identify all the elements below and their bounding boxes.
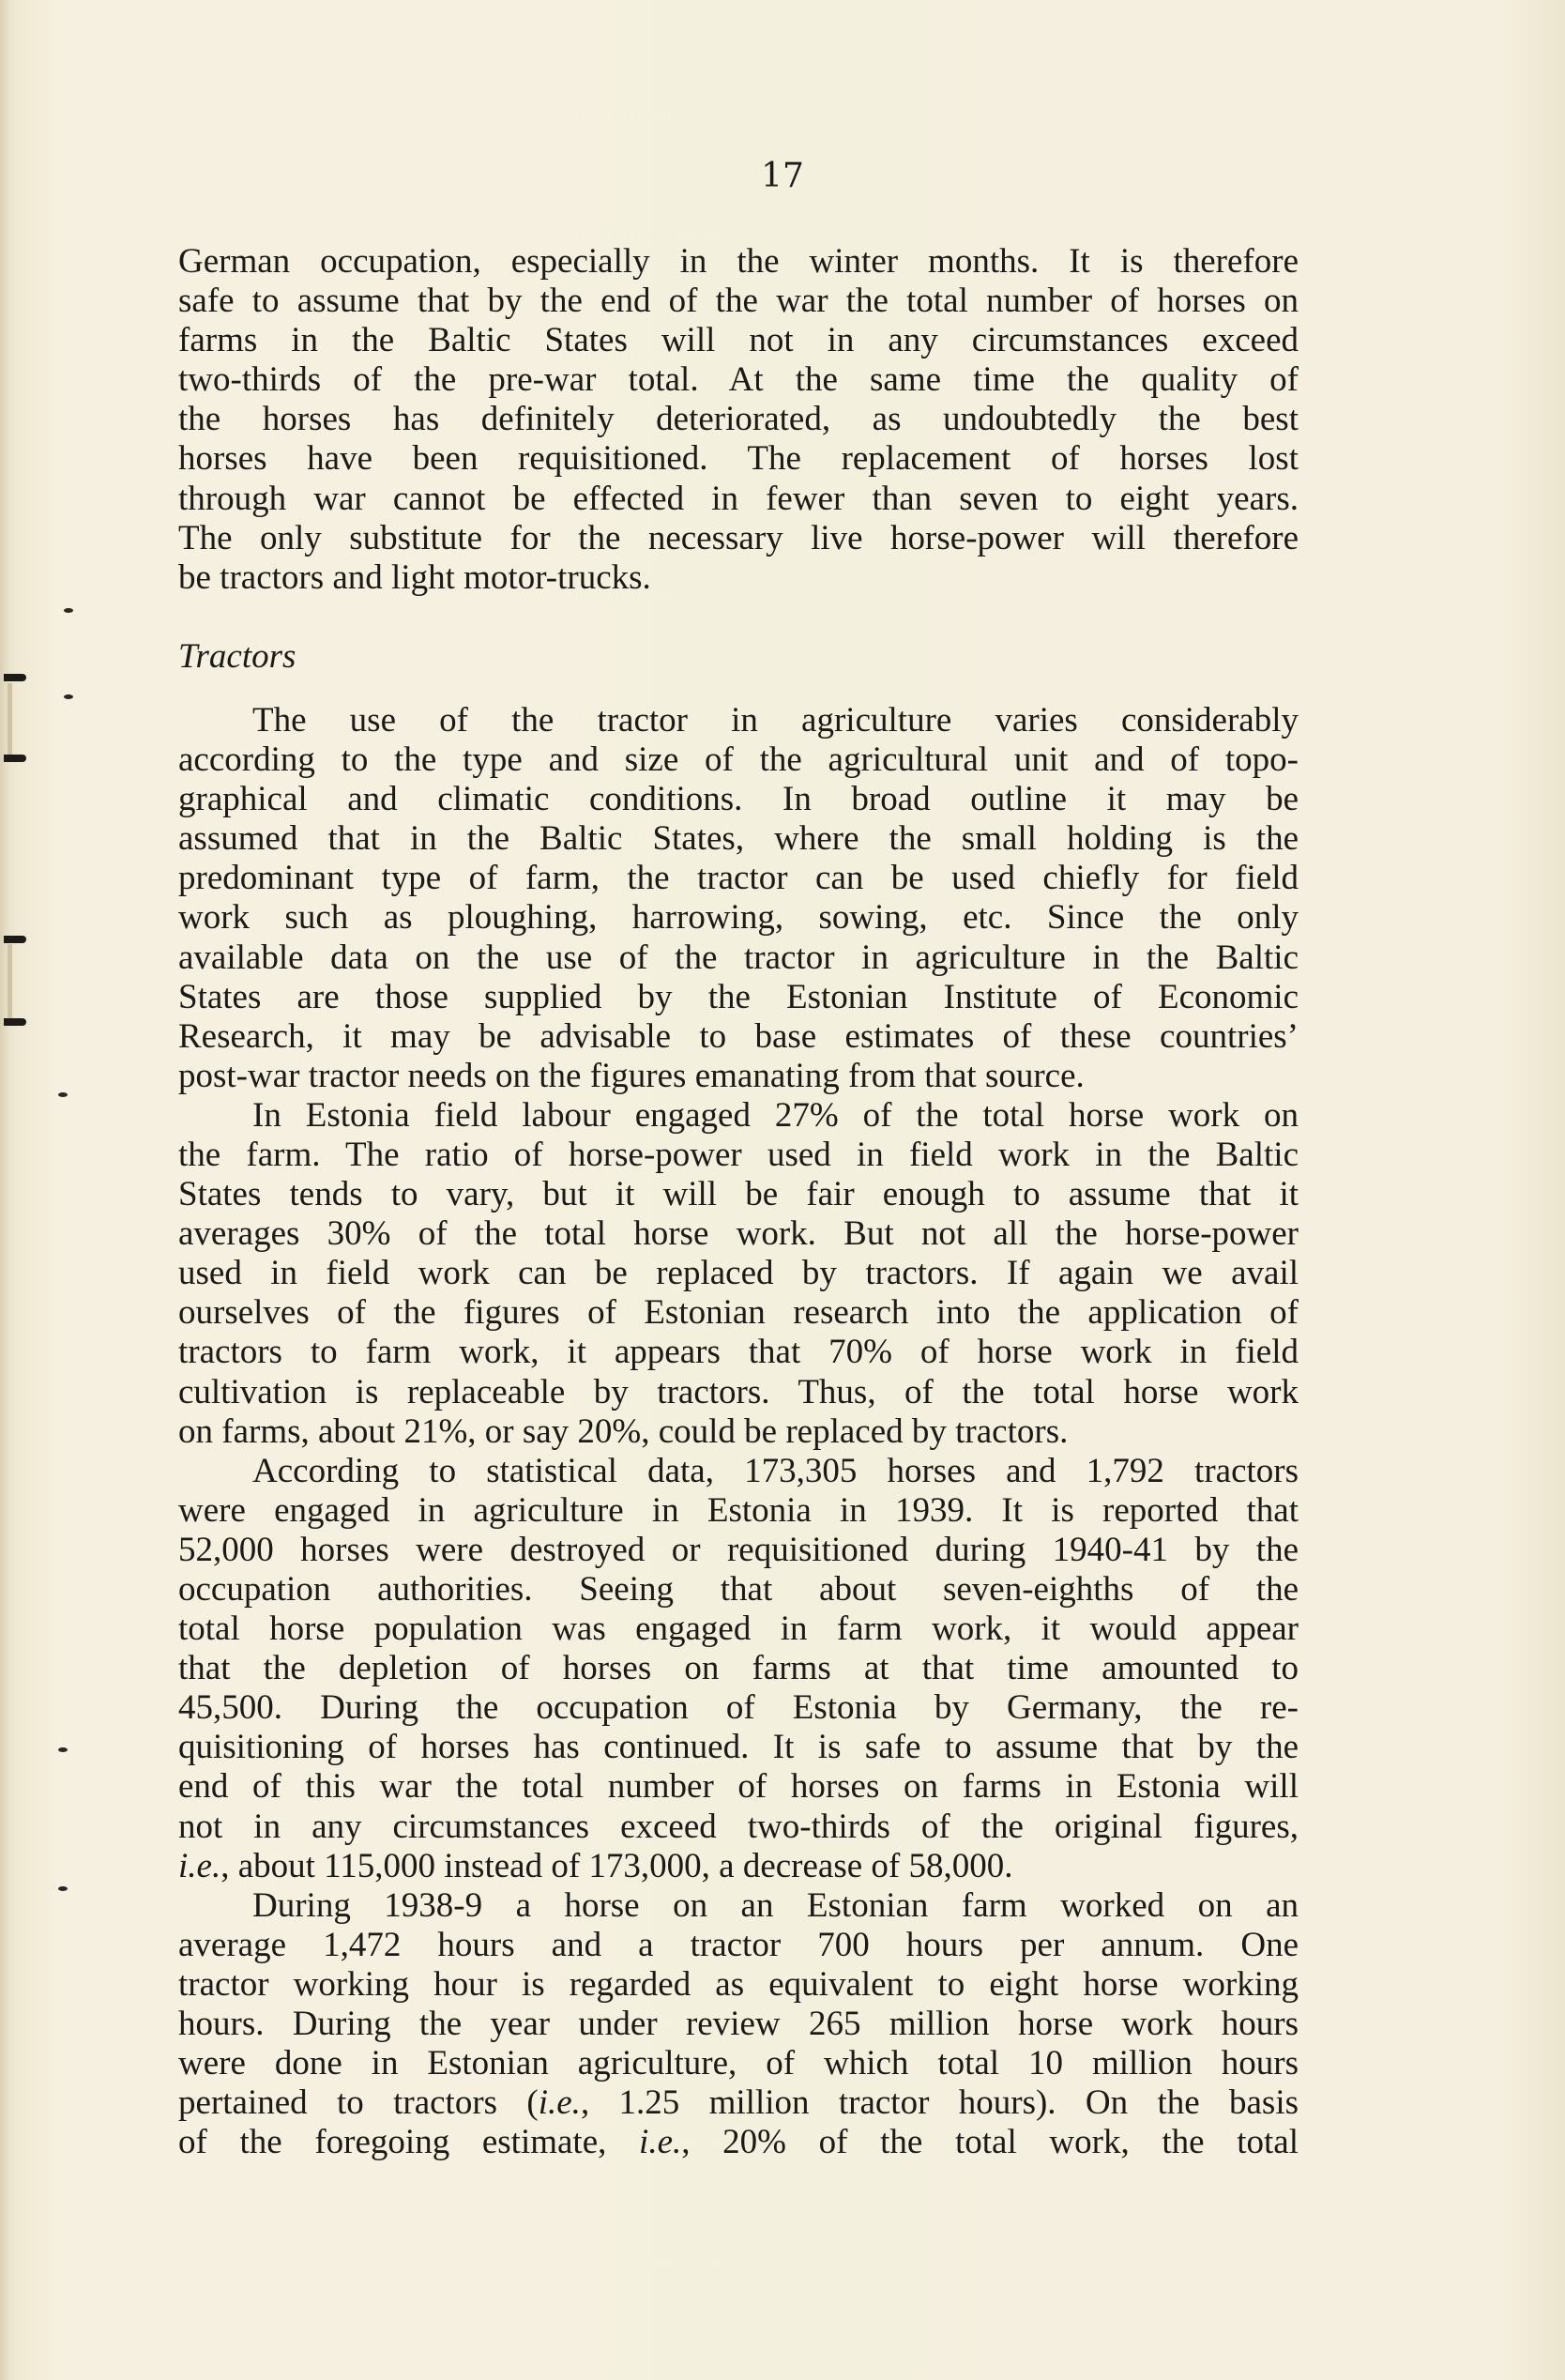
text-line: 52,000 horses were destroyed or requisit… [178, 1531, 1299, 1570]
margin-speck [64, 608, 73, 613]
spacer [178, 598, 1299, 637]
italic-ie: i.e. [539, 2083, 581, 2122]
text-line: not in any circumstances exceed two-thir… [178, 1808, 1299, 1847]
text-line: cultivation is replaceable by tractors. … [178, 1373, 1299, 1412]
text-line: according to the type and size of the ag… [178, 740, 1299, 780]
staple-mark [4, 674, 26, 681]
text-line: averages 30% of the total horse work. Bu… [178, 1214, 1299, 1254]
text-line: predominant type of farm, the tractor ca… [178, 859, 1299, 898]
paragraph-tractor-use: The use of the tractor in agriculture va… [178, 701, 1299, 1096]
margin-speck [64, 694, 73, 699]
text-line: graphical and climatic conditions. In br… [178, 780, 1299, 819]
text-line: safe to assume that by the end of the wa… [178, 282, 1299, 321]
binding-edge [0, 0, 9, 2380]
text-fragment: pertained to tractors ( [178, 2083, 539, 2122]
text-line: The only substitute for the necessary li… [178, 519, 1299, 558]
paragraph-statistics: According to statistical data, 173,305 h… [178, 1452, 1299, 1886]
text-line: the horses has definitely deteriorated, … [178, 400, 1299, 439]
section-heading: Tractors [178, 637, 1299, 677]
scanned-page: 17 German occupation, especially in the … [0, 0, 1565, 2380]
text-line: tractor working hour is regarded as equi… [178, 1965, 1299, 2005]
italic-ie: i.e. [178, 1847, 220, 1885]
text-line: two-thirds of the pre-war total. At the … [178, 360, 1299, 400]
text-line: The use of the tractor in agriculture va… [178, 701, 1299, 740]
text-fragment: of the foregoing estimate, [178, 2123, 639, 2161]
text-line: hours. During the year under review 265 … [178, 2005, 1299, 2044]
text-line: work such as ploughing, harrowing, sowin… [178, 898, 1299, 938]
text-line: According to statistical data, 173,305 h… [178, 1452, 1299, 1491]
text-line: States tends to vary, but it will be fai… [178, 1175, 1299, 1214]
body-text: German occupation, especially in the win… [178, 242, 1299, 2162]
text-line: Research, it may be advisable to base es… [178, 1017, 1299, 1057]
staple-mark [4, 936, 26, 943]
text-line: horses have been requisitioned. The repl… [178, 439, 1299, 479]
text-line: States are those supplied by the Estonia… [178, 978, 1299, 1017]
text-line: farms in the Baltic States will not in a… [178, 321, 1299, 360]
text-line: occupation authorities. Seeing that abou… [178, 1570, 1299, 1610]
text-fragment: , 1.25 million tractor hours). On the ba… [581, 2083, 1299, 2122]
text-line: pertained to tractors (i.e., 1.25 millio… [178, 2083, 1299, 2123]
intro-paragraph: German occupation, especially in the win… [178, 242, 1299, 598]
text-line: average 1,472 hours and a tractor 700 ho… [178, 1926, 1299, 1965]
text-line: i.e., about 115,000 instead of 173,000, … [178, 1847, 1299, 1886]
text-line: used in field work can be replaced by tr… [178, 1254, 1299, 1293]
text-line: be tractors and light motor-trucks. [178, 558, 1299, 598]
text-line: In Estonia field labour engaged 27% of t… [178, 1096, 1299, 1136]
text-line: available data on the use of the tractor… [178, 938, 1299, 978]
italic-ie: i.e. [639, 2123, 681, 2161]
staple-mark [4, 1018, 26, 1026]
spacer [178, 677, 1299, 701]
text-line: were engaged in agriculture in Estonia i… [178, 1491, 1299, 1531]
staple-shadow [8, 944, 12, 1023]
text-fragment: , 20% of the total work, the total [681, 2123, 1299, 2161]
paragraph-field-labour: In Estonia field labour engaged 27% of t… [178, 1096, 1299, 1452]
text-line: quisitioning of horses has continued. It… [178, 1728, 1299, 1767]
text-line: tractors to farm work, it appears that 7… [178, 1333, 1299, 1372]
text-line: assumed that in the Baltic States, where… [178, 819, 1299, 859]
text-line: were done in Estonian agriculture, of wh… [178, 2044, 1299, 2083]
text-line: of the foregoing estimate, i.e., 20% of … [178, 2123, 1299, 2162]
margin-speck [58, 1092, 68, 1097]
text-line: post-war tractor needs on the figures em… [178, 1057, 1299, 1096]
text-line: 45,500. During the occupation of Estonia… [178, 1688, 1299, 1728]
paragraph-work-hours: During 1938-9 a horse on an Estonian far… [178, 1886, 1299, 2163]
margin-speck [58, 1747, 68, 1752]
text-line: total horse population was engaged in fa… [178, 1610, 1299, 1649]
text-line: During 1938-9 a horse on an Estonian far… [178, 1886, 1299, 1926]
text-fragment: , about 115,000 instead of 173,000, a de… [220, 1847, 1012, 1885]
staple-shadow [8, 683, 12, 758]
text-line: through war cannot be effected in fewer … [178, 480, 1299, 519]
page-number: 17 [0, 158, 1565, 195]
text-line: on farms, about 21%, or say 20%, could b… [178, 1412, 1299, 1452]
text-line: end of this war the total number of hors… [178, 1767, 1299, 1807]
text-line: the farm. The ratio of horse-power used … [178, 1136, 1299, 1175]
text-line: ourselves of the figures of Estonian res… [178, 1293, 1299, 1333]
text-line: that the depletion of horses on farms at… [178, 1649, 1299, 1688]
margin-speck [58, 1886, 68, 1891]
text-line: German occupation, especially in the win… [178, 242, 1299, 282]
staple-mark [4, 755, 26, 762]
